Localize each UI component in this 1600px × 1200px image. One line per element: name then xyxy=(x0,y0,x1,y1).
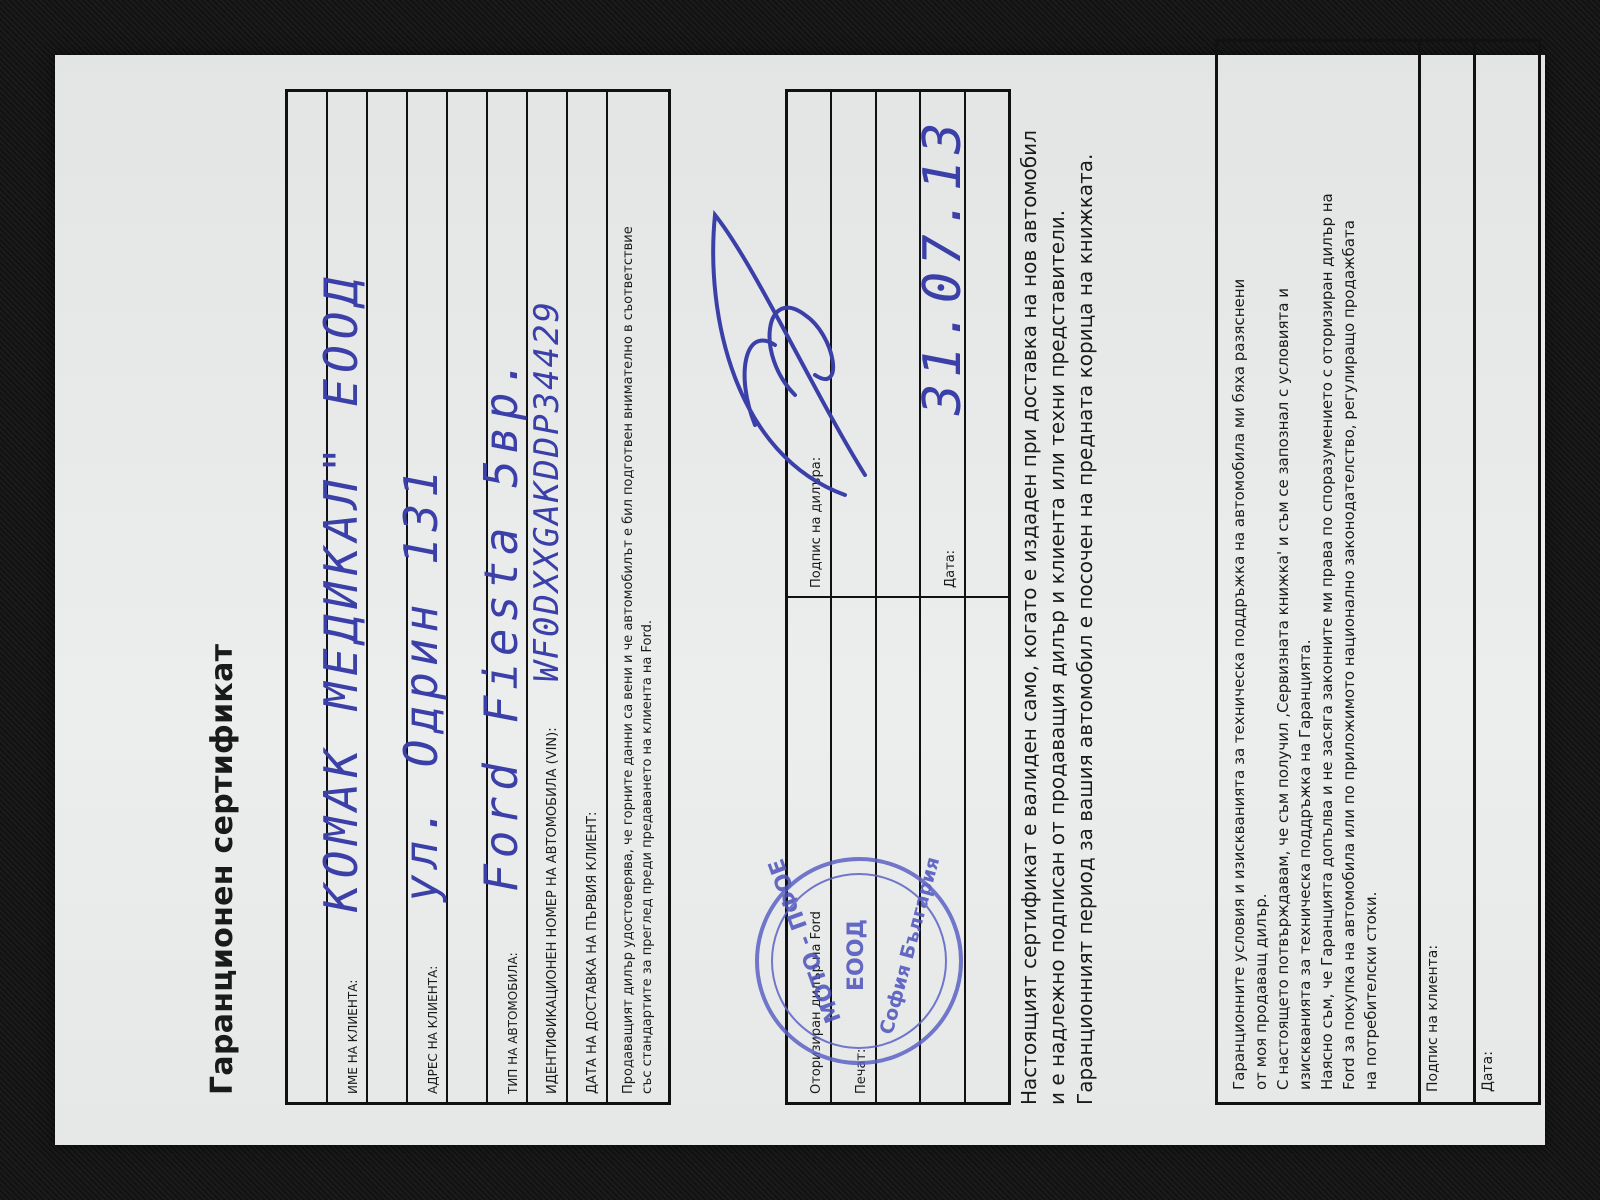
terms-box: Гаранционните условия и изискванията за … xyxy=(1215,39,1541,1105)
delivery-date-label: ДАТА НА ДОСТАВКА НА ПЪРВИЯ КЛИЕНТ: xyxy=(585,812,606,1102)
customer-signature-label: Подпис на клиента: xyxy=(1425,945,1441,1092)
vin-label: ИДЕНТИФИКАЦИОНЕН НОМЕР НА АВТОМОБИЛА (VI… xyxy=(545,727,566,1102)
customer-name-value: КОМАК МЕДИКАЛ" ЕООД xyxy=(318,272,364,912)
customer-address-row: АДРЕС НА КЛИЕНТА: ул. Одрин 131 xyxy=(408,92,448,1102)
customer-name-row: ИМЕ НА КЛИЕНТА: КОМАК МЕДИКАЛ" ЕООД xyxy=(328,92,368,1102)
dealer-blank-cell xyxy=(966,598,1008,1102)
customer-info-table: ИМЕ НА КЛИЕНТА: КОМАК МЕДИКАЛ" ЕООД АДРЕ… xyxy=(285,89,671,1105)
document-title: Гаранционен сертификат xyxy=(205,644,240,1095)
warranty-certificate-page: Гаранционен сертификат ИМЕ НА КЛИЕНТА: К… xyxy=(55,55,1545,1145)
dealer-stamp: МОТО - ПФОЕ ЕООД София България xyxy=(755,857,963,1065)
vehicle-type-row: ТИП НА АВТОМОБИЛА: Ford Fiesta 5вр. xyxy=(488,92,528,1102)
validity-notice: Настоящият сертификат е валиден само, ко… xyxy=(1015,75,1099,1105)
customer-signature-line: Подпис на клиента: xyxy=(1418,42,1479,1102)
dealer-statement-row: Продаващият дилър удостоверява, че горни… xyxy=(608,92,668,1102)
stamp-top-text: МОТО - ПФОЕ xyxy=(764,855,847,1026)
vin-row: ИДЕНТИФИКАЦИОНЕН НОМЕР НА АВТОМОБИЛА (VI… xyxy=(528,92,568,1102)
customer-address-label: АДРЕС НА КЛИЕНТА: xyxy=(426,966,446,1102)
customer-address-value: ул. Одрин 131 xyxy=(398,464,444,902)
delivery-date-row: ДАТА НА ДОСТАВКА НА ПЪРВИЯ КЛИЕНТ: xyxy=(568,92,608,1102)
dealer-date-value: 31.07.13 xyxy=(913,117,973,415)
terms-text: Гаранционните условия и изискванията за … xyxy=(1218,42,1392,1102)
stamp-bottom-text: София България xyxy=(876,855,944,1037)
vehicle-type-label: ТИП НА АВТОМОБИЛА: xyxy=(506,952,526,1102)
vehicle-type-value: Ford Fiesta 5вр. xyxy=(478,353,524,892)
dealer-signature xyxy=(695,195,875,515)
stamp-middle-text: ЕООД xyxy=(844,919,869,991)
customer-date-line: Дата: xyxy=(1473,42,1534,1102)
dealer-statement: Продаващият дилър удостоверява, че горни… xyxy=(615,218,661,1102)
vin-value: WF0DXXGAKDDP34429 xyxy=(530,300,564,682)
customer-name-label: ИМЕ НА КЛИЕНТА: xyxy=(346,980,366,1102)
customer-date-label: Дата: xyxy=(1480,1051,1496,1092)
